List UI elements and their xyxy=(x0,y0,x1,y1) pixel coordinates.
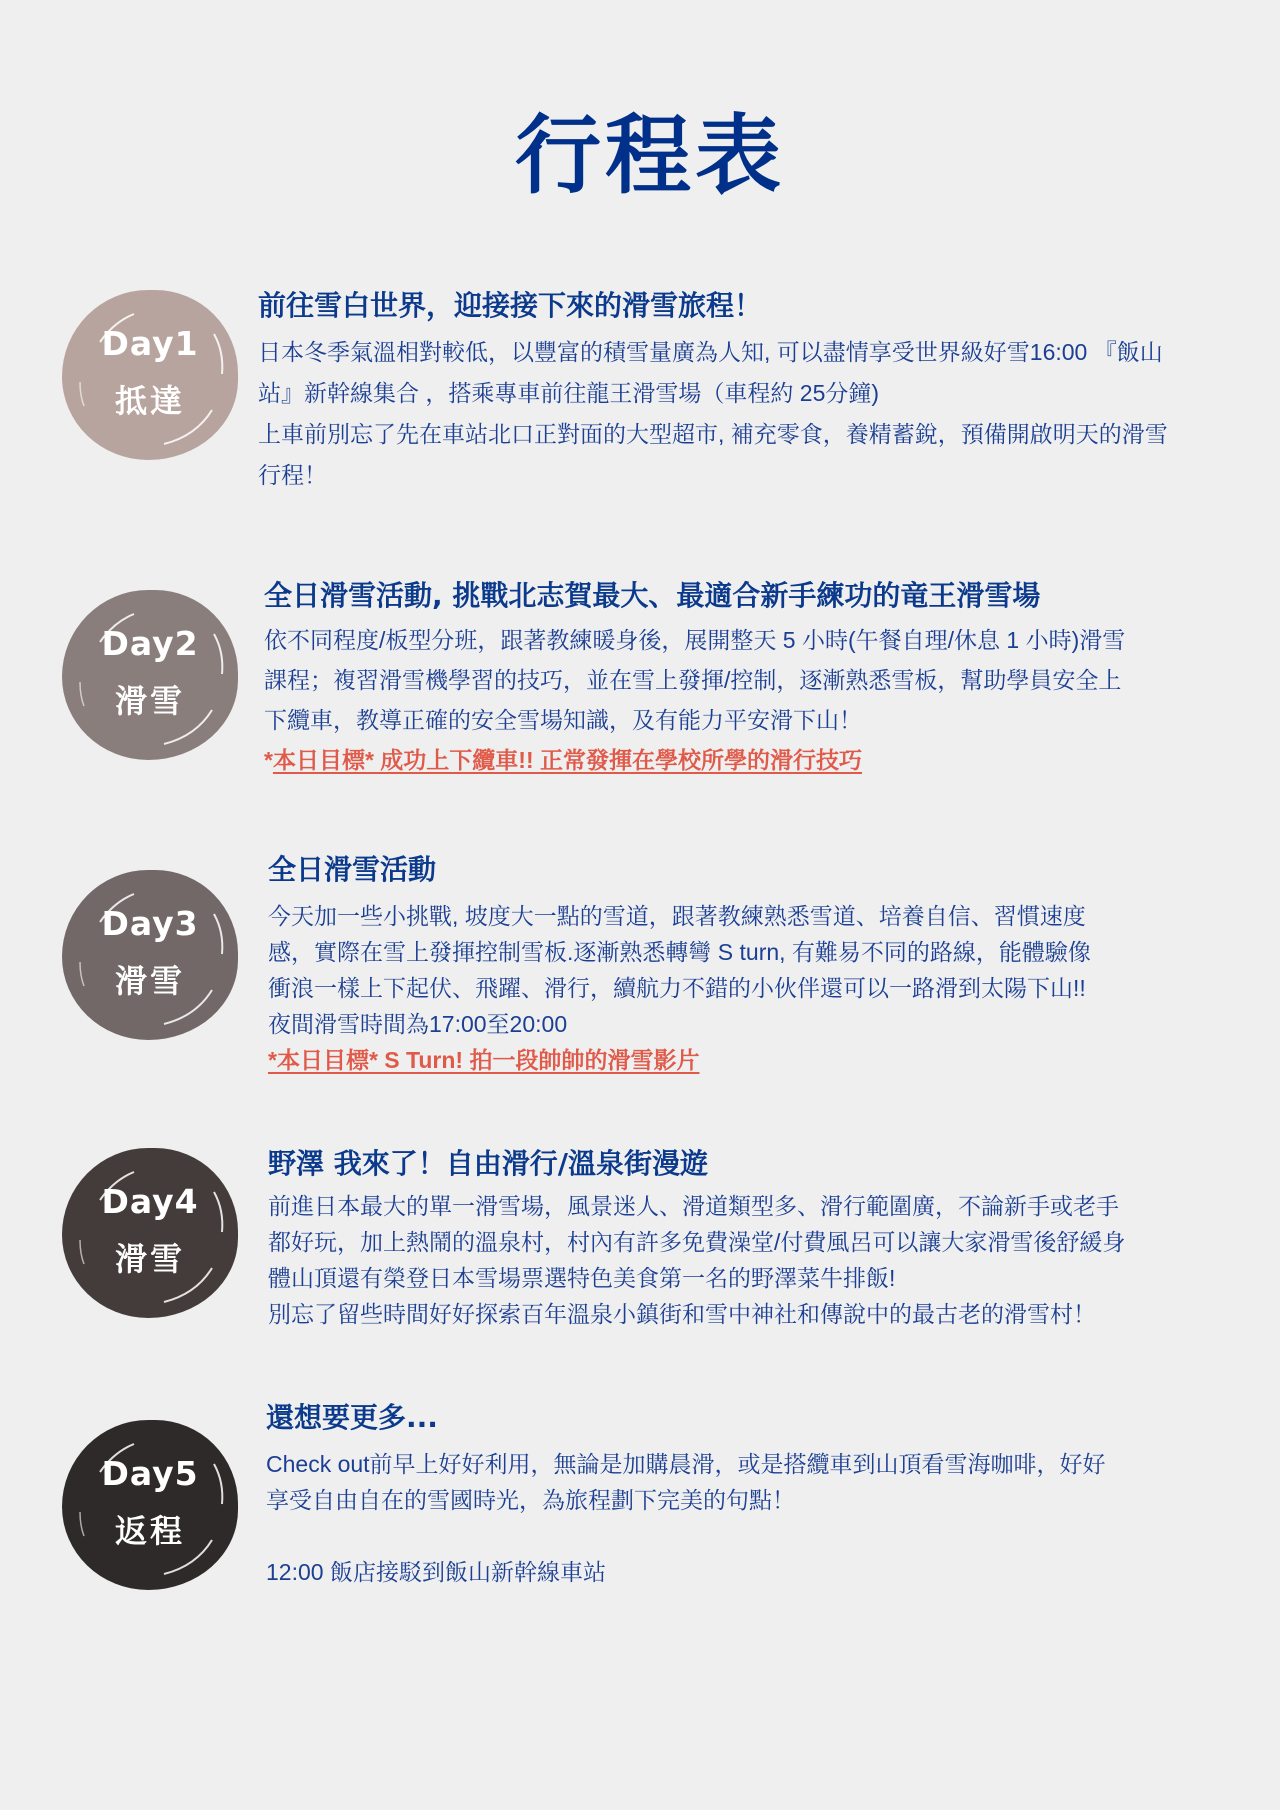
day-description: 今天加一些小挑戰, 坡度大一點的雪道，跟著教練熟悉雪道、培養自信、習慣速度 感，… xyxy=(268,898,1091,1042)
day-1-badge: Day1 抵達 xyxy=(62,290,238,460)
daily-goal: *本日目標* 成功上下纜車!! 正常發揮在學校所學的滑行技巧 xyxy=(264,740,1125,780)
description-line: 行程！ xyxy=(258,455,1168,496)
description-line: 下纜車，教導正確的安全雪場知識，及有能力平安滑下山！ xyxy=(264,700,1125,740)
description-spacer xyxy=(266,1518,1106,1554)
description-line: 日本冬季氣溫相對較低，以豐富的積雪量廣為人知, 可以盡情享受世界級好雪16:00… xyxy=(258,332,1168,373)
description-line: 課程；複習滑雪機學習的技巧，並在雪上發揮/控制，逐漸熟悉雪板，幫助學員安全上 xyxy=(264,660,1125,700)
badge-stage-label: 滑雪 xyxy=(62,676,238,722)
description-line: 感，實際在雪上發揮控制雪板.逐漸熟悉轉彎 S turn, 有難易不同的路線，能體… xyxy=(268,934,1091,970)
description-line: 體山頂還有榮登日本雪場票選特色美食第一名的野澤菜牛排飯! xyxy=(268,1260,1125,1296)
badge-day-label: Day3 xyxy=(62,904,238,943)
description-line: 夜間滑雪時間為17:00至20:00 xyxy=(268,1006,1091,1042)
badge-shine-icon xyxy=(62,590,238,760)
day-5-content: 還想要更多... Check out前早上好好利用，無論是加購晨滑，或是搭纜車到… xyxy=(266,1400,1106,1590)
description-line: 站』新幹線集合 ，搭乘專車前往龍王滑雪場（車程約 25分鐘) xyxy=(258,373,1168,414)
day-heading: 野澤 我來了！自由滑行/溫泉街漫遊 xyxy=(268,1146,1125,1182)
description-line: 上車前別忘了先在車站北口正對面的大型超市, 補充零食，養精蓄銳，預備開啟明天的滑… xyxy=(258,414,1168,455)
day-heading: 前往雪白世界，迎接接下來的滑雪旅程！ xyxy=(258,288,1168,324)
day-description: 前進日本最大的單一滑雪場，風景迷人、滑道類型多、滑行範圍廣，不論新手或老手 都好… xyxy=(268,1188,1125,1332)
description-line: Check out前早上好好利用，無論是加購晨滑，或是搭纜車到山頂看雪海咖啡，好… xyxy=(266,1446,1106,1482)
goal-text: 本日目標* 成功上下纜車!! 正常發揮在學校所學的滑行技巧 xyxy=(273,747,862,773)
day-description: 日本冬季氣溫相對較低，以豐富的積雪量廣為人知, 可以盡情享受世界級好雪16:00… xyxy=(258,332,1168,496)
day-3-badge: Day3 滑雪 xyxy=(62,870,238,1040)
description-line: 依不同程度/板型分班，跟著教練暖身後，展開整天 5 小時(午餐自理/休息 1 小… xyxy=(264,620,1125,660)
badge-day-label: Day1 xyxy=(62,324,238,363)
day-description: Check out前早上好好利用，無論是加購晨滑，或是搭纜車到山頂看雪海咖啡，好… xyxy=(266,1446,1106,1590)
badge-day-label: Day2 xyxy=(62,624,238,663)
description-line: 享受自由自在的雪國時光，為旅程劃下完美的句點！ xyxy=(266,1482,1106,1518)
day-4-content: 野澤 我來了！自由滑行/溫泉街漫遊 前進日本最大的單一滑雪場，風景迷人、滑道類型… xyxy=(268,1146,1125,1332)
description-line: 今天加一些小挑戰, 坡度大一點的雪道，跟著教練熟悉雪道、培養自信、習慣速度 xyxy=(268,898,1091,934)
day-2-badge: Day2 滑雪 xyxy=(62,590,238,760)
day-2-content: 全日滑雪活動, 挑戰北志賀最大、最適合新手練功的竜王滑雪場 依不同程度/板型分班… xyxy=(264,578,1125,780)
badge-stage-label: 滑雪 xyxy=(62,1234,238,1280)
description-line: 衝浪一樣上下起伏、飛躍、滑行，續航力不錯的小伙伴還可以一路滑到太陽下山!! xyxy=(268,970,1091,1006)
day-1-content: 前往雪白世界，迎接接下來的滑雪旅程！ 日本冬季氣溫相對較低，以豐富的積雪量廣為人… xyxy=(258,288,1168,496)
day-4-badge: Day4 滑雪 xyxy=(62,1148,238,1318)
description-line: 12:00 飯店接駁到飯山新幹線車站 xyxy=(266,1554,1106,1590)
badge-day-label: Day5 xyxy=(62,1454,238,1493)
badge-stage-label: 返程 xyxy=(62,1506,238,1552)
goal-asterisk: * xyxy=(264,747,273,773)
description-line: 都好玩，加上熱鬧的溫泉村，村內有許多免費澡堂/付費風呂可以讓大家滑雪後舒緩身 xyxy=(268,1224,1125,1260)
day-5-badge: Day5 返程 xyxy=(62,1420,238,1590)
daily-goal: *本日目標* S Turn! 拍一段帥帥的滑雪影片 xyxy=(268,1042,1091,1078)
badge-shine-icon xyxy=(62,1148,238,1318)
day-heading: 還想要更多... xyxy=(266,1400,1106,1436)
day-description: 依不同程度/板型分班，跟著教練暖身後，展開整天 5 小時(午餐自理/休息 1 小… xyxy=(264,620,1125,740)
day-3-content: 全日滑雪活動 今天加一些小挑戰, 坡度大一點的雪道，跟著教練熟悉雪道、培養自信、… xyxy=(268,852,1091,1078)
goal-text: *本日目標* S Turn! 拍一段帥帥的滑雪影片 xyxy=(268,1047,699,1073)
badge-shine-icon xyxy=(62,870,238,1040)
day-heading: 全日滑雪活動, 挑戰北志賀最大、最適合新手練功的竜王滑雪場 xyxy=(264,578,1125,614)
badge-stage-label: 滑雪 xyxy=(62,956,238,1002)
description-line: 別忘了留些時間好好探索百年溫泉小鎮街和雪中神社和傳說中的最古老的滑雪村！ xyxy=(268,1296,1125,1332)
description-line: 前進日本最大的單一滑雪場，風景迷人、滑道類型多、滑行範圍廣，不論新手或老手 xyxy=(268,1188,1125,1224)
page-title: 行程表 xyxy=(0,86,1280,210)
badge-stage-label: 抵達 xyxy=(62,376,238,422)
badge-day-label: Day4 xyxy=(62,1182,238,1221)
day-heading: 全日滑雪活動 xyxy=(268,852,1091,888)
badge-shine-icon xyxy=(62,290,238,460)
badge-shine-icon xyxy=(62,1420,238,1590)
